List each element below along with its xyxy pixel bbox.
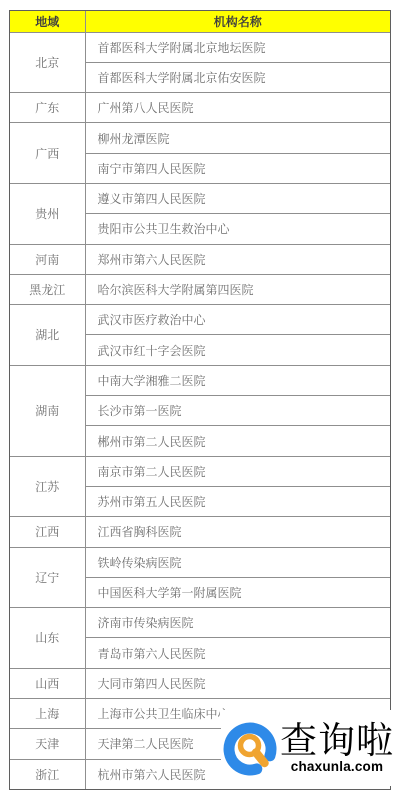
table-row: 湖北武汉市医疗救治中心 [10, 305, 390, 335]
hospital-table-body: 北京首都医科大学附属北京地坛医院首都医科大学附属北京佑安医院广东广州第八人民医院… [10, 32, 390, 789]
region-cell: 北京 [10, 32, 85, 93]
institution-cell: 首都医科大学附属北京地坛医院 [85, 32, 390, 62]
region-cell: 河南 [10, 244, 85, 274]
brand-text-block: 查询啦 chaxunla.com [280, 722, 394, 775]
page: 地域 机构名称 北京首都医科大学附属北京地坛医院首都医科大学附属北京佑安医院广东… [0, 0, 400, 801]
institution-cell: 广州第八人民医院 [85, 93, 390, 123]
hospital-table-container: 地域 机构名称 北京首都医科大学附属北京地坛医院首都医科大学附属北京佑安医院广东… [9, 10, 391, 790]
table-row: 辽宁铁岭传染病医院 [10, 547, 390, 577]
institution-cell: 青岛市第六人民医院 [85, 638, 390, 668]
region-cell: 辽宁 [10, 547, 85, 608]
column-header-institution: 机构名称 [85, 11, 390, 32]
table-row: 山东济南市传染病医院 [10, 608, 390, 638]
institution-cell: 南宁市第四人民医院 [85, 153, 390, 183]
region-cell: 湖北 [10, 305, 85, 366]
institution-cell: 大同市第四人民医院 [85, 668, 390, 698]
institution-cell: 铁岭传染病医院 [85, 547, 390, 577]
table-row: 河南郑州市第六人民医院 [10, 244, 390, 274]
institution-cell: 柳州龙潭医院 [85, 123, 390, 153]
region-cell: 上海 [10, 699, 85, 729]
region-cell: 黑龙江 [10, 274, 85, 304]
institution-cell: 中南大学湘雅二医院 [85, 365, 390, 395]
chaxunla-watermark: 查询啦 chaxunla.com [221, 710, 400, 786]
table-row: 江苏南京市第二人民医院 [10, 456, 390, 486]
table-row: 黑龙江哈尔滨医科大学附属第四医院 [10, 274, 390, 304]
institution-cell: 中国医科大学第一附属医院 [85, 577, 390, 607]
table-row: 贵州遵义市第四人民医院 [10, 183, 390, 213]
institution-cell: 江西省胸科医院 [85, 517, 390, 547]
region-cell: 江西 [10, 517, 85, 547]
institution-cell: 长沙市第一医院 [85, 396, 390, 426]
institution-cell: 武汉市医疗救治中心 [85, 305, 390, 335]
institution-cell: 武汉市红十字会医院 [85, 335, 390, 365]
table-row: 江西江西省胸科医院 [10, 517, 390, 547]
brand-domain: chaxunla.com [280, 759, 394, 774]
region-cell: 贵州 [10, 183, 85, 244]
magnifier-logo-icon [222, 721, 278, 777]
region-cell: 广西 [10, 123, 85, 184]
table-row: 山西大同市第四人民医院 [10, 668, 390, 698]
region-cell: 浙江 [10, 759, 85, 789]
table-row: 广东广州第八人民医院 [10, 93, 390, 123]
institution-cell: 遵义市第四人民医院 [85, 183, 390, 213]
table-row: 广西柳州龙潭医院 [10, 123, 390, 153]
institution-cell: 贵阳市公共卫生救治中心 [85, 214, 390, 244]
region-cell: 天津 [10, 729, 85, 759]
region-cell: 湖南 [10, 365, 85, 456]
brand-name: 查询啦 [280, 722, 394, 761]
region-cell: 山东 [10, 608, 85, 669]
institution-cell: 郴州市第二人民医院 [85, 426, 390, 456]
table-header-row: 地域 机构名称 [10, 11, 390, 32]
hospital-table: 地域 机构名称 北京首都医科大学附属北京地坛医院首都医科大学附属北京佑安医院广东… [10, 11, 390, 789]
region-cell: 山西 [10, 668, 85, 698]
column-header-region: 地域 [10, 11, 85, 32]
institution-cell: 郑州市第六人民医院 [85, 244, 390, 274]
institution-cell: 哈尔滨医科大学附属第四医院 [85, 274, 390, 304]
institution-cell: 首都医科大学附属北京佑安医院 [85, 62, 390, 92]
region-cell: 广东 [10, 93, 85, 123]
institution-cell: 苏州市第五人民医院 [85, 486, 390, 516]
table-row: 湖南中南大学湘雅二医院 [10, 365, 390, 395]
institution-cell: 济南市传染病医院 [85, 608, 390, 638]
table-row: 北京首都医科大学附属北京地坛医院 [10, 32, 390, 62]
institution-cell: 南京市第二人民医院 [85, 456, 390, 486]
region-cell: 江苏 [10, 456, 85, 517]
